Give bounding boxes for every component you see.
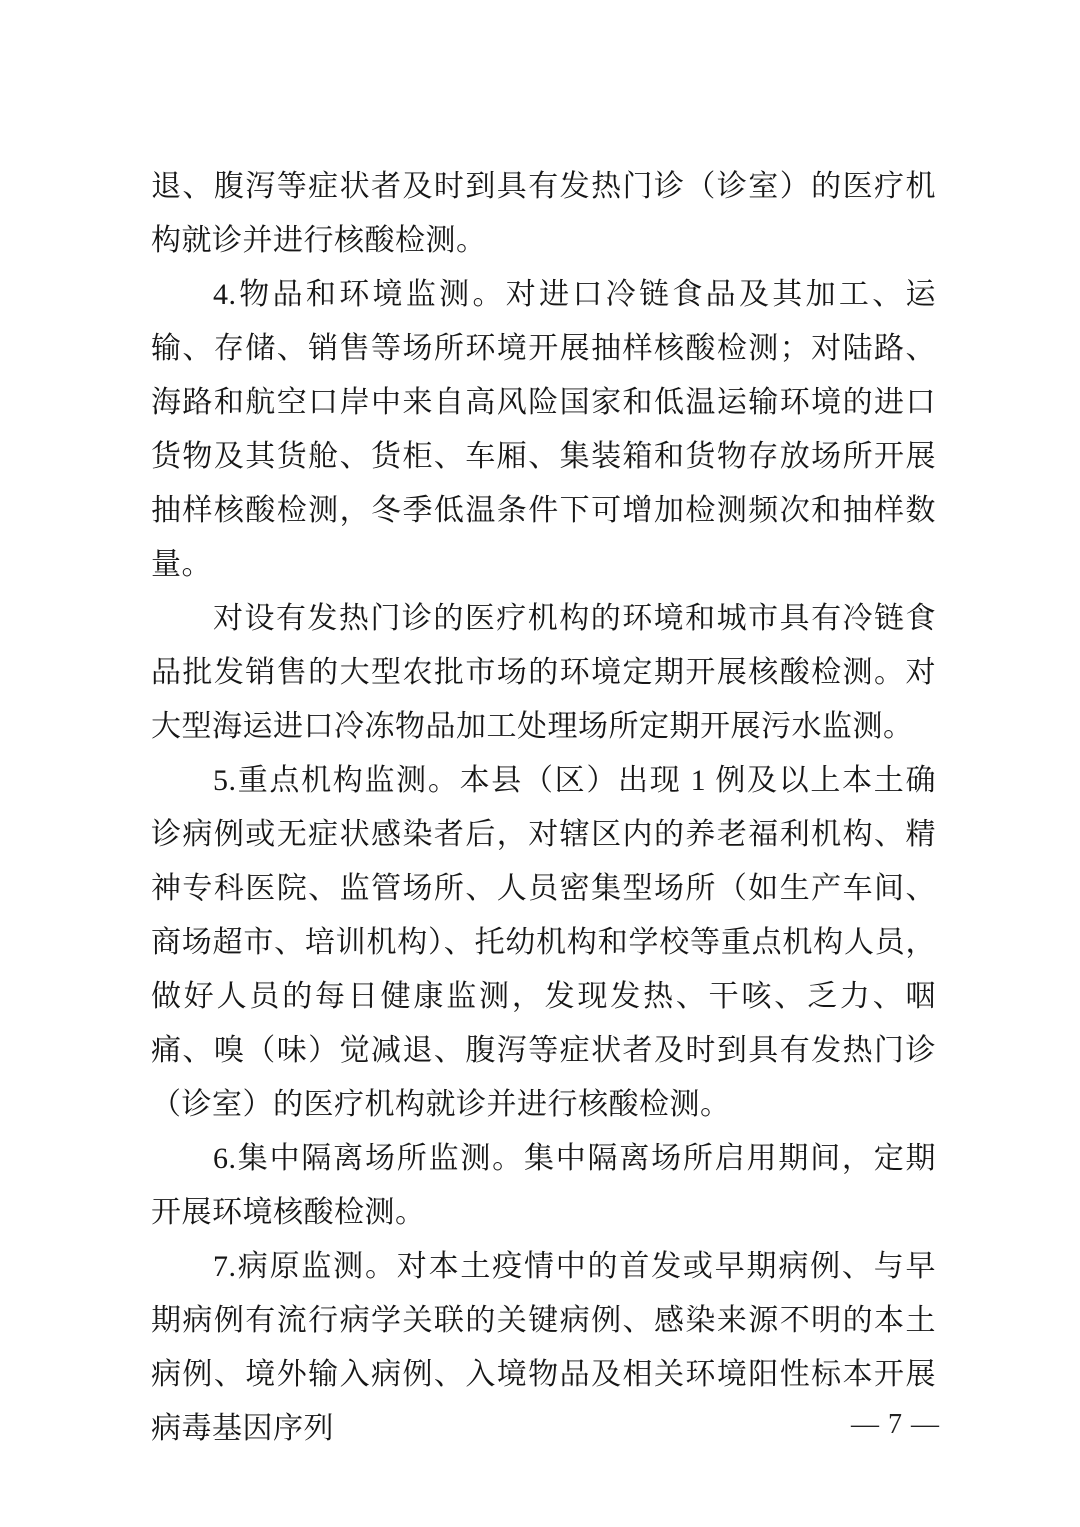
document-body: 退、腹泻等症状者及时到具有发热门诊（诊室）的医疗机构就诊并进行核酸检测。 4.物… (151, 160, 936, 1456)
paragraph-item-6-quarantine-site-monitoring: 6.集中隔离场所监测。集中隔离场所启用期间，定期开展环境核酸检测。 (151, 1132, 936, 1240)
paragraph-fever-clinic-environment: 对设有发热门诊的医疗机构的环境和城市具有冷链食品批发销售的大型农批市场的环境定期… (151, 592, 936, 754)
document-page: 退、腹泻等症状者及时到具有发热门诊（诊室）的医疗机构就诊并进行核酸检测。 4.物… (0, 0, 1080, 1527)
paragraph-continuation: 退、腹泻等症状者及时到具有发热门诊（诊室）的医疗机构就诊并进行核酸检测。 (151, 160, 936, 268)
page-number: — 7 — (851, 1409, 940, 1441)
paragraph-item-4-goods-environment-monitoring: 4.物品和环境监测。对进口冷链食品及其加工、运输、存储、销售等场所环境开展抽样核… (151, 268, 936, 592)
paragraph-item-5-key-institution-monitoring: 5.重点机构监测。本县（区）出现 1 例及以上本土确诊病例或无症状感染者后，对辖… (151, 754, 936, 1132)
paragraph-item-7-pathogen-monitoring: 7.病原监测。对本土疫情中的首发或早期病例、与早期病例有流行病学关联的关键病例、… (151, 1240, 936, 1456)
